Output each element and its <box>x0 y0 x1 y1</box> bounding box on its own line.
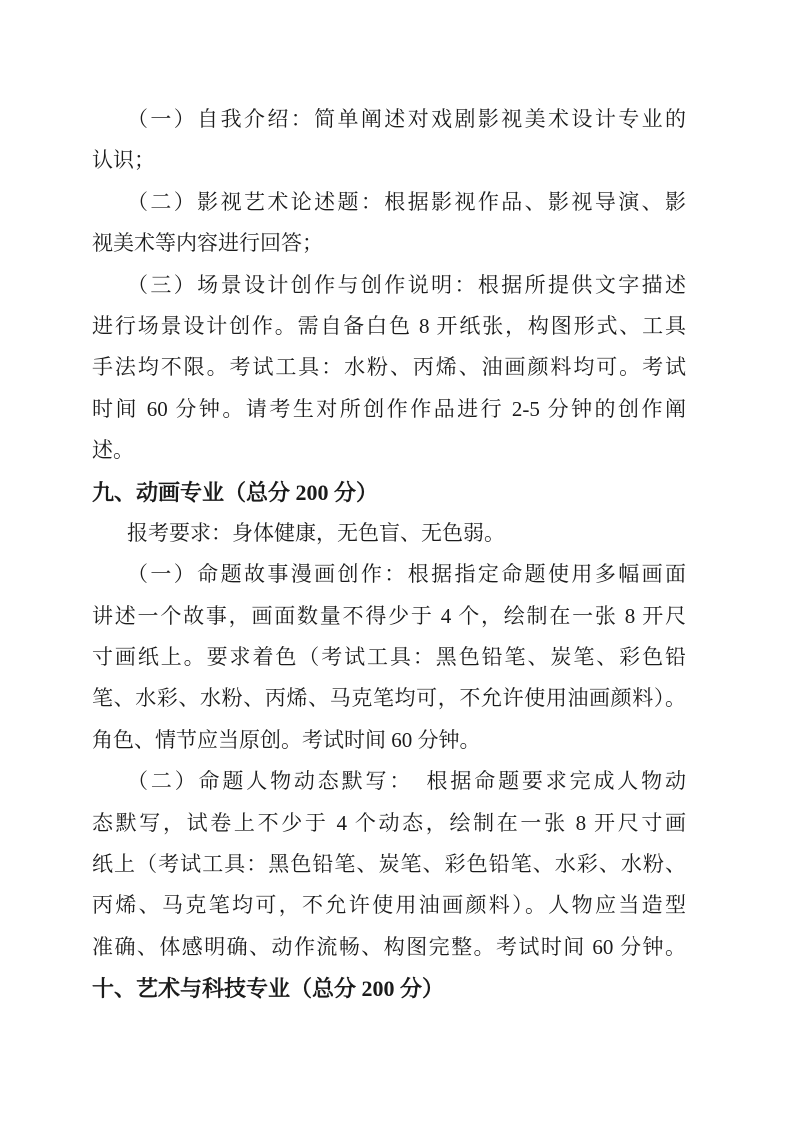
document-page: （一）自我介绍：简单阐述对戏剧影视美术设计专业的 认识； （二）影视艺术论述题：… <box>0 0 793 1122</box>
document-line: 视美术等内容进行回答； <box>92 223 686 264</box>
enrollment-requirement-line: 报考要求：身体健康，无色盲、无色弱。 <box>92 513 686 554</box>
section-heading-art-and-technology: 十、艺术与科技专业（总分 200 分） <box>92 968 686 1009</box>
document-line: 手法均不限。考试工具：水粉、丙烯、油画颜料均可。考试 <box>92 347 686 388</box>
document-line: 认识； <box>92 140 686 181</box>
document-line: 述。 <box>92 430 686 471</box>
document-line: 进行场景设计创作。需自备白色 8 开纸张，构图形式、工具 <box>92 306 686 347</box>
document-line: 准确、体感明确、动作流畅、构图完整。考试时间 60 分钟。 <box>92 927 686 968</box>
document-line: （三）场景设计创作与创作说明：根据所提供文字描述 <box>92 265 686 306</box>
document-line: （一）命题故事漫画创作：根据指定命题使用多幅画面 <box>92 554 686 595</box>
document-line: 态默写，试卷上不少于 4 个动态，绘制在一张 8 开尺寸画 <box>92 803 686 844</box>
document-line: （二）影视艺术论述题：根据影视作品、影视导演、影 <box>92 182 686 223</box>
section-heading-animation: 九、动画专业（总分 200 分） <box>92 472 686 513</box>
document-line: 笔、水彩、水粉、丙烯、马克笔均可，不允许使用油画颜料）。 <box>92 678 686 719</box>
document-line: 讲述一个故事，画面数量不得少于 4 个，绘制在一张 8 开尺 <box>92 596 686 637</box>
document-line: 寸画纸上。要求着色（考试工具：黑色铅笔、炭笔、彩色铅 <box>92 637 686 678</box>
document-line: 时间 60 分钟。请考生对所创作作品进行 2-5 分钟的创作阐 <box>92 389 686 430</box>
document-line: （二）命题人物动态默写： 根据命题要求完成人物动 <box>92 761 686 802</box>
document-text-column: （一）自我介绍：简单阐述对戏剧影视美术设计专业的 认识； （二）影视艺术论述题：… <box>92 99 686 1010</box>
document-line: 丙烯、马克笔均可，不允许使用油画颜料）。人物应当造型 <box>92 885 686 926</box>
document-line: （一）自我介绍：简单阐述对戏剧影视美术设计专业的 <box>92 99 686 140</box>
document-line: 角色、情节应当原创。考试时间 60 分钟。 <box>92 720 686 761</box>
document-line: 纸上（考试工具：黑色铅笔、炭笔、彩色铅笔、水彩、水粉、 <box>92 844 686 885</box>
